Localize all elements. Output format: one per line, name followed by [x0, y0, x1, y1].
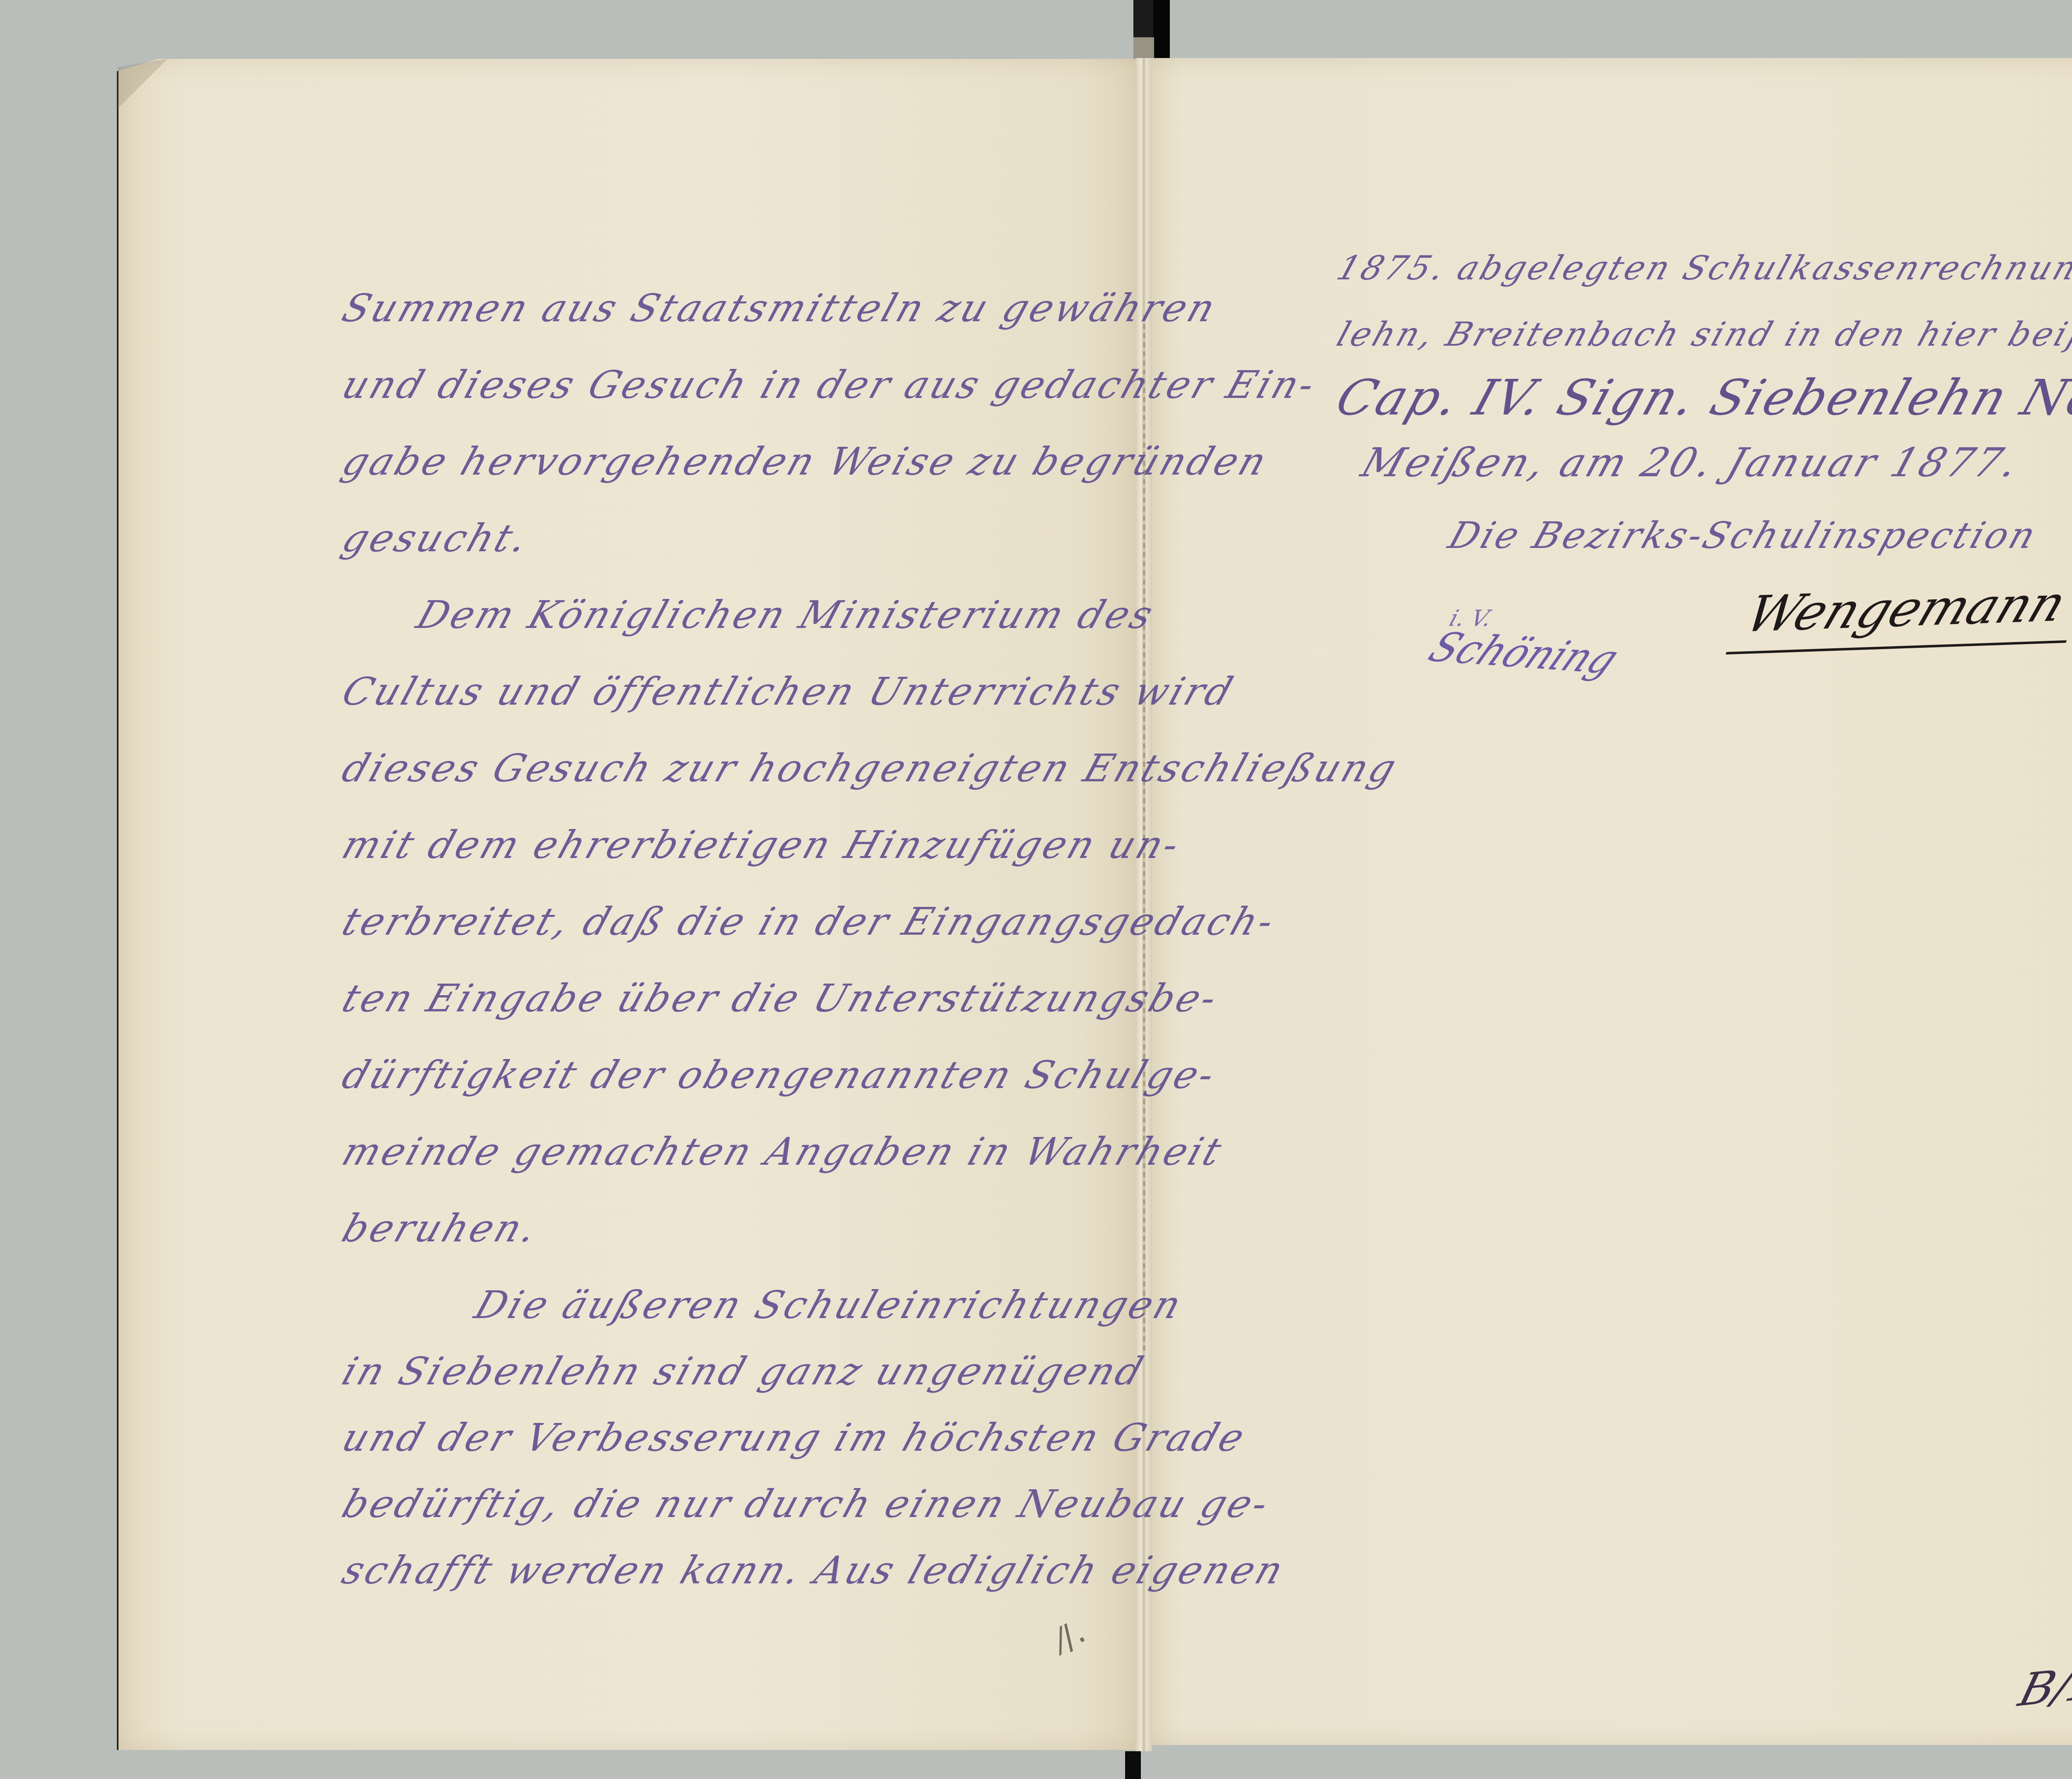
text-line: bedürftig, die nur durch einen Neubau ge…: [337, 1482, 1276, 1526]
text-line: dürftigkeit der obengenannten Schulge-: [337, 1053, 1222, 1097]
text-line: gesucht.: [337, 516, 536, 560]
text-line: gabe hervorgehenden Weise zu begründen: [337, 439, 1274, 484]
text-line: Dem Königlichen Ministerium des: [411, 593, 1161, 637]
text-line: 1875. abgelegten Schulkassenrechnungen f…: [1332, 249, 2072, 287]
text-line: mit dem ehrerbietigen Hinzufügen un-: [337, 823, 1187, 867]
text-line: dieses Gesuch zur hochgeneigten Entschli…: [337, 746, 1404, 790]
text-line: Die äußeren Schuleinrichtungen: [470, 1283, 1189, 1327]
binding-strap-top: [1133, 0, 1170, 60]
binding-strap-bottom: [1125, 1751, 1141, 1779]
text-line: und dieses Gesuch in der aus gedachter E…: [337, 363, 1323, 407]
closing-line: Die Bezirks-Schulinspection: [1443, 514, 2043, 557]
text-line: beruhen.: [337, 1206, 545, 1251]
text-line: Cap. IV. Sign. Siebenlehn No. 3. enthalt…: [1329, 369, 2072, 426]
date-line: Meißen, am 20. Januar 1877.: [1356, 439, 2026, 486]
text-line: Cultus und öffentlichen Unterrichts wird: [337, 669, 1241, 714]
text-line: Summen aus Staatsmitteln zu gewähren: [337, 286, 1223, 330]
text-line: in Siebenlehn sind ganz ungenügend: [337, 1349, 1151, 1394]
text-line: terbreitet, daß die in der Eingangsgedac…: [337, 899, 1282, 944]
text-line: schafft werden kann. Aus lediglich eigen…: [337, 1548, 1291, 1592]
official-signature: Wengemann: [1726, 574, 2072, 654]
text-line: ten Eingabe über die Unterstützungsbe-: [337, 976, 1225, 1020]
text-line: lehn, Breitenbach sind in den hier beifo…: [1332, 315, 2072, 354]
text-line: meinde gemachten Angaben in Wahrheit: [337, 1129, 1230, 1174]
text-line: und der Verbesserung im höchsten Grade: [337, 1415, 1252, 1460]
